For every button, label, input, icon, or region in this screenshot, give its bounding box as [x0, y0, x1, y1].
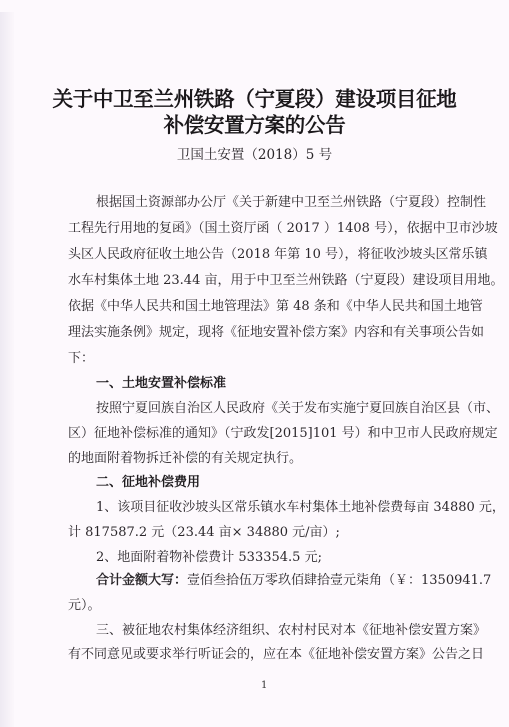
section-2-total-line: 合计金额大写：壹佰叁拾伍万零玖佰肆拾壹元柒角（￥：1350941.7 — [96, 572, 454, 590]
section-2-item-2: 2、地面附着物补偿费计 533354.5 元; — [96, 549, 454, 567]
intro-line-2: 工程先行用地的复函》（国土资厅函（ 2017 ）1408 号），依据中卫市沙坡 — [68, 220, 454, 238]
intro-line-5: 依据《中华人民共和国土地管理法》第 48 条和《中华人民共和国土地管 — [68, 298, 454, 316]
section-2-total-line-2: 元）。 — [68, 597, 454, 615]
document-title-line-2: 补偿安置方案的公告 — [0, 108, 509, 138]
document-page: 关于中卫至兰州铁路（宁夏段）建设项目征地 补偿安置方案的公告 卫国土安置（201… — [0, 0, 509, 727]
intro-line-4: 水车村集体土地 23.44 亩，用于中卫至兰州铁路（宁夏段）建设项目用地。 — [68, 272, 454, 290]
section-3-line-1: 三、被征地农村集体经济组织、农村村民对本《征地补偿安置方案》 — [96, 622, 454, 640]
section-2-item-1-line-2: 计 817587.2 元（23.44 亩× 34880 元/亩）; — [68, 524, 454, 542]
section-1-heading: 一、土地安置补偿标准 — [96, 375, 226, 393]
intro-line-6: 理法实施条例》规定，现将《征地安置补偿方案》内容和有关事项公告如 — [68, 324, 454, 342]
intro-line-1: 根据国土资源部办公厅《关于新建中卫至兰州铁路（宁夏段）控制性 — [96, 194, 454, 212]
section-2-heading: 二、征地补偿费用 — [96, 474, 200, 492]
section-2-item-1-line-1: 1、该项目征收沙坡头区常乐镇水车村集体土地补偿费每亩 34880 元， — [96, 499, 454, 517]
section-1-line-1: 按照宁夏回族自治区人民政府《关于发布实施宁夏回族自治区县（市、 — [96, 400, 454, 418]
intro-line-7: 下： — [68, 350, 454, 368]
document-number: 卫国土安置（2018）5 号 — [0, 143, 509, 163]
section-1-line-2: 区）征地补偿标准的通知》（宁政发[2015]101 号）和中卫市人民政府规定 — [68, 425, 454, 443]
section-3-line-2: 有不同意见或要求举行听证会的，应在本《征地补偿安置方案》公告之日 — [68, 646, 454, 664]
total-amount-label: 合计金额大写： — [96, 573, 187, 588]
total-amount-value: 壹佰叁拾伍万零玖佰肆拾壹元柒角（￥：1350941.7 — [187, 573, 491, 588]
section-1-line-3: 的地面附着物拆迁补偿的有关规定执行。 — [68, 450, 454, 468]
intro-line-3: 头区人民政府征收土地公告（2018 年第 10 号），将征收沙坡头区常乐镇 — [68, 246, 454, 264]
page-number: 1 — [261, 680, 267, 691]
